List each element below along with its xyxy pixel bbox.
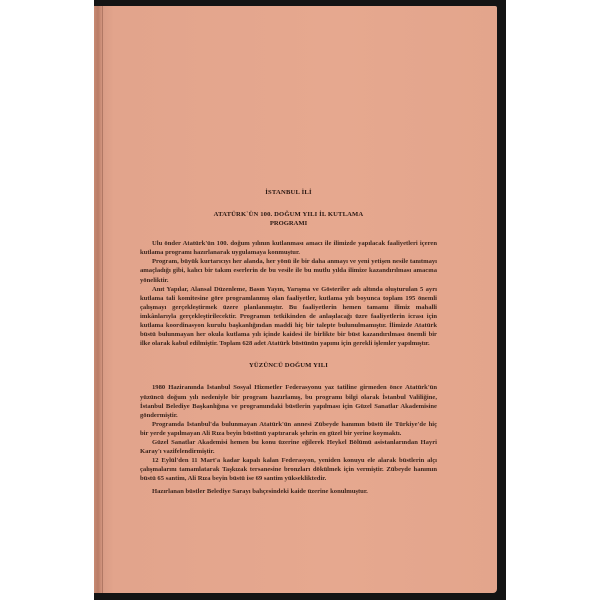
scanned-page-image: İSTANBUL İLİ ATATÜRK`ÜN 100. DOĞUM YILI …: [0, 0, 600, 600]
paragraph: Anıt Yapılar, Alansal Düzenleme, Basın Y…: [140, 285, 437, 349]
heading-section-centennial: YÜZÜNCÜ DOĞUM YILI: [140, 361, 437, 370]
paragraph: Ulu önder Atatürk'ün 100. doğum yılının …: [140, 239, 437, 257]
heading-province: İSTANBUL İLİ: [140, 188, 437, 197]
paragraph: 1980 Haziranında İstanbul Sosyal Hizmetl…: [140, 383, 437, 419]
page-text-block: İSTANBUL İLİ ATATÜRK`ÜN 100. DOĞUM YILI …: [140, 180, 437, 497]
paragraph: 12 Eylül'den 11 Mart'a kadar kapalı kala…: [140, 456, 437, 483]
paragraph: Hazırlanan büstler Belediye Sarayı bahçe…: [140, 487, 437, 496]
paragraph: Güzel Sanatlar Akademisi hemen bu konu ü…: [140, 438, 437, 456]
heading-program-line2: PROGRAMI: [140, 219, 437, 228]
paragraph: Programda İstanbul'da bulunmayan Atatürk…: [140, 420, 437, 438]
page-gutter-line: [102, 6, 103, 593]
heading-program-line1: ATATÜRK`ÜN 100. DOĞUM YILI İL KUTLAMA: [140, 210, 437, 219]
paragraph: Program, büyük kurtarıcıyı her alanda, h…: [140, 257, 437, 284]
